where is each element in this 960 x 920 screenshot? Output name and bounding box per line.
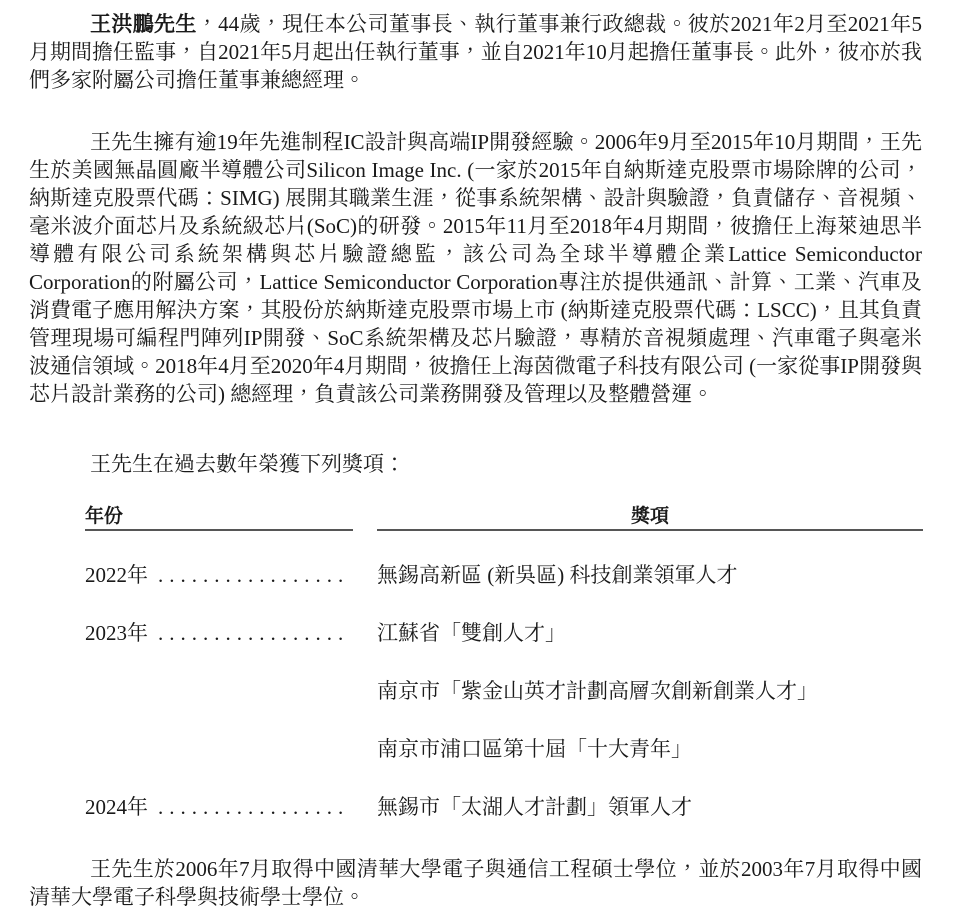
year-cell: 2022年 ................. xyxy=(85,561,353,589)
column-gap xyxy=(353,793,377,821)
dot-leader: ................. xyxy=(158,793,349,821)
director-name: 王洪鵬先生 xyxy=(90,12,197,36)
year-cell: 2023年 ................. xyxy=(85,619,353,647)
column-gap xyxy=(353,735,377,763)
award-column-header: 獎項 xyxy=(377,505,923,531)
column-gap xyxy=(353,561,377,589)
award-row: 南京市「紫金山英才計劃高層次創新創業人才」 xyxy=(85,677,923,705)
column-gap xyxy=(353,619,377,647)
prospectus-director-bio-page: 王洪鵬先生，44歲，現任本公司董事長、執行董事兼行政總裁。彼於2021年2月至2… xyxy=(0,0,960,920)
award-value: 無錫市「太湖人才計劃」領軍人才 xyxy=(377,793,923,821)
column-gap xyxy=(353,505,377,531)
awards-table: 年份 獎項 2022年 ................. 無錫高新區 (新吳區… xyxy=(85,505,923,821)
year-value: 2024年 xyxy=(85,793,148,821)
awards-table-header: 年份 獎項 xyxy=(85,505,923,531)
award-row: 2023年 ................. 江蘇省「雙創人才」 xyxy=(85,619,923,647)
award-row: 2022年 ................. 無錫高新區 (新吳區) 科技創業… xyxy=(85,561,923,589)
year-cell xyxy=(85,677,353,705)
year-value: 2022年 xyxy=(85,561,148,589)
award-row: 2024年 ................. 無錫市「太湖人才計劃」領軍人才 xyxy=(85,793,923,821)
award-value: 無錫高新區 (新吳區) 科技創業領軍人才 xyxy=(377,561,923,589)
dot-leader: ................. xyxy=(158,619,349,647)
year-value: 2023年 xyxy=(85,619,148,647)
experience-paragraph: 王先生擁有逾19年先進制程IC設計與高端IP開發經驗。2006年9月至2015年… xyxy=(29,128,922,408)
award-value: 江蘇省「雙創人才」 xyxy=(377,619,923,647)
dot-leader: ................. xyxy=(158,561,349,589)
year-column-header: 年份 xyxy=(85,505,353,531)
award-value: 南京市「紫金山英才計劃高層次創新創業人才」 xyxy=(377,677,923,705)
education-paragraph: 王先生於2006年7月取得中國清華大學電子與通信工程碩士學位，並於2003年7月… xyxy=(29,855,922,911)
award-value: 南京市浦口區第十屆「十大青年」 xyxy=(377,735,923,763)
awards-intro-paragraph: 王先生在過去數年榮獲下列獎項： xyxy=(29,450,922,478)
award-row: 南京市浦口區第十屆「十大青年」 xyxy=(85,735,923,763)
year-cell: 2024年 ................. xyxy=(85,793,353,821)
year-cell xyxy=(85,735,353,763)
column-gap xyxy=(353,677,377,705)
bio-intro-paragraph: 王洪鵬先生，44歲，現任本公司董事長、執行董事兼行政總裁。彼於2021年2月至2… xyxy=(29,10,922,94)
